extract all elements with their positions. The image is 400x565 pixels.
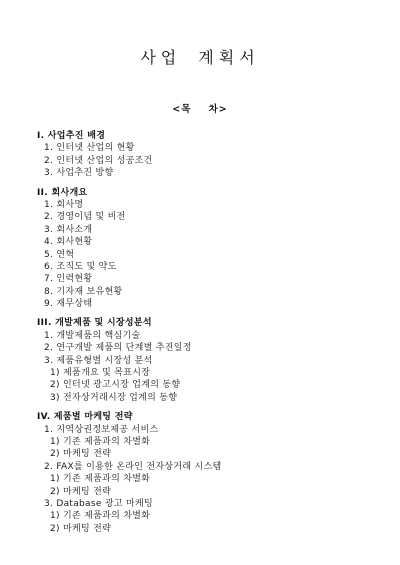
document-title: 사업 계획서 [0,0,400,68]
toc-item: 1. 지역상권정보제공 서비스 [37,424,400,436]
toc-item: 9. 재무상태 [37,298,400,310]
toc-item: 2. 연구개발 제품의 단계별 추진일정 [37,342,400,354]
section-heading: IV. 제품별 마케팅 전략 [37,411,400,423]
toc-item: 3. 사업추진 방향 [37,167,400,179]
toc-item: 3. 제품유형별 시장성 분석 [37,355,400,367]
toc-subitem: 3) 전자상거래시장 업계의 동향 [37,392,400,404]
toc-subitem: 1) 제품개요 및 목표시장 [37,367,400,379]
toc-item: 6. 조직도 및 약도 [37,261,400,273]
toc-subitem: 2) 마케팅 전략 [37,448,400,460]
section-heading: I. 사업추진 배경 [37,130,400,142]
toc-item: 7. 인력현황 [37,273,400,285]
toc-section-product-market-analysis: III. 개발제품 및 시장성분석 1. 개발제품의 핵심기술 2. 연구개발 … [37,317,400,404]
toc-subitem: 2) 인터넷 광고시장 업계의 동향 [37,379,400,391]
toc-subitem: 1) 기존 제품과의 차별화 [37,473,400,485]
toc-subitem: 1) 기존 제품과의 차별화 [37,436,400,448]
toc-item: 8. 기자재 보유현황 [37,286,400,298]
toc-section-business-background: I. 사업추진 배경 1. 인터넷 산업의 현황 2. 인터넷 산업의 성공조건… [37,130,400,180]
toc-subitem: 2) 마케팅 전략 [37,523,400,535]
toc-heading: <목 차> [0,101,400,115]
toc-item: 2. 경영이념 및 비전 [37,211,400,223]
toc-item: 5. 연혁 [37,249,400,261]
table-of-contents: I. 사업추진 배경 1. 인터넷 산업의 현황 2. 인터넷 산업의 성공조건… [0,130,400,535]
toc-section-marketing-strategy: IV. 제품별 마케팅 전략 1. 지역상권정보제공 서비스 1) 기존 제품과… [37,411,400,535]
toc-subitem: 2) 마케팅 전략 [37,486,400,498]
toc-item: 2. FAX를 이용한 온라인 전자상거래 시스템 [37,461,400,473]
toc-item: 1. 개발제품의 핵심기술 [37,330,400,342]
toc-subitem: 1) 기존 제품과의 차별화 [37,510,400,522]
toc-item: 2. 인터넷 산업의 성공조건 [37,155,400,167]
section-heading: II. 회사개요 [37,187,400,199]
toc-item: 1. 회사명 [37,199,400,211]
toc-item: 3. Database 광고 마케팅 [37,498,400,510]
toc-item: 3. 회사소개 [37,224,400,236]
toc-item: 4. 회사현황 [37,236,400,248]
section-heading: III. 개발제품 및 시장성분석 [37,317,400,329]
toc-item: 1. 인터넷 산업의 현황 [37,142,400,154]
document-page: 사업 계획서 <목 차> I. 사업추진 배경 1. 인터넷 산업의 현황 2.… [0,0,400,565]
toc-section-company-overview: II. 회사개요 1. 회사명 2. 경영이념 및 비전 3. 회사소개 4. … [37,187,400,311]
